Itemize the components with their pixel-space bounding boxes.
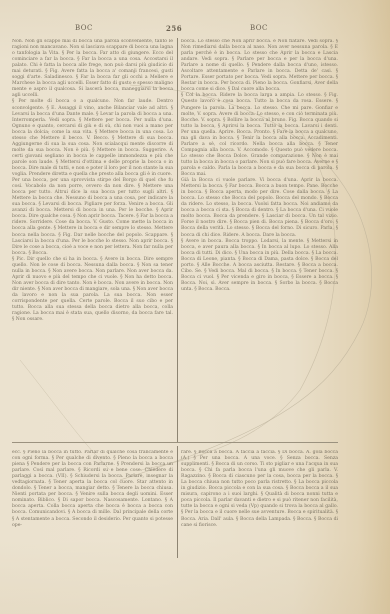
running-head: BOC 256 BOC xyxy=(0,24,390,36)
running-head-left-guide-word: BOC xyxy=(75,24,93,32)
column-divider xyxy=(177,38,178,442)
paragraph: Già la Bocca ci vuole parlare. Vi bocca … xyxy=(181,178,338,238)
paragraph: rare. § Bocca a bocca. A faccia a faccia… xyxy=(181,450,338,529)
paragraph: § Per molte di bocca o a qualcuno. Non f… xyxy=(12,99,173,178)
page-number: 256 xyxy=(166,24,182,33)
left-column-lower: ecc. § Pieno la bocca in tutto. Parlar d… xyxy=(12,450,173,558)
right-column-lower: rare. § Bocca a bocca. A faccia a faccia… xyxy=(181,450,338,558)
right-column-upper: bocca. Lo stesso che Non aprir bocca. e … xyxy=(181,39,338,431)
paragraph: § Col la bocca. Ridere la bocca larga a … xyxy=(181,93,338,178)
running-head-right-guide-word: BOC xyxy=(250,24,268,32)
paragraph: ecc. § Pieno la bocca in tutto. Parlar d… xyxy=(12,450,173,529)
paragraph: § Pic. Dir quello che si ha in bocca. § … xyxy=(12,257,173,324)
paragraph: Per una bocca, per una sprovvista stirpe… xyxy=(12,178,173,257)
paragraph: Non. Non gli scappò mai di bocca una par… xyxy=(12,39,173,99)
paragraph: bocca. Lo stesso che Non aprir bocca. e … xyxy=(181,39,338,93)
section-rule xyxy=(12,442,338,443)
left-column-upper: Non. Non gli scappò mai di bocca una par… xyxy=(12,39,173,431)
paragraph: § Avere in bocca. Bocca troppo. Lodarsi,… xyxy=(181,239,338,293)
column-divider xyxy=(177,446,178,558)
